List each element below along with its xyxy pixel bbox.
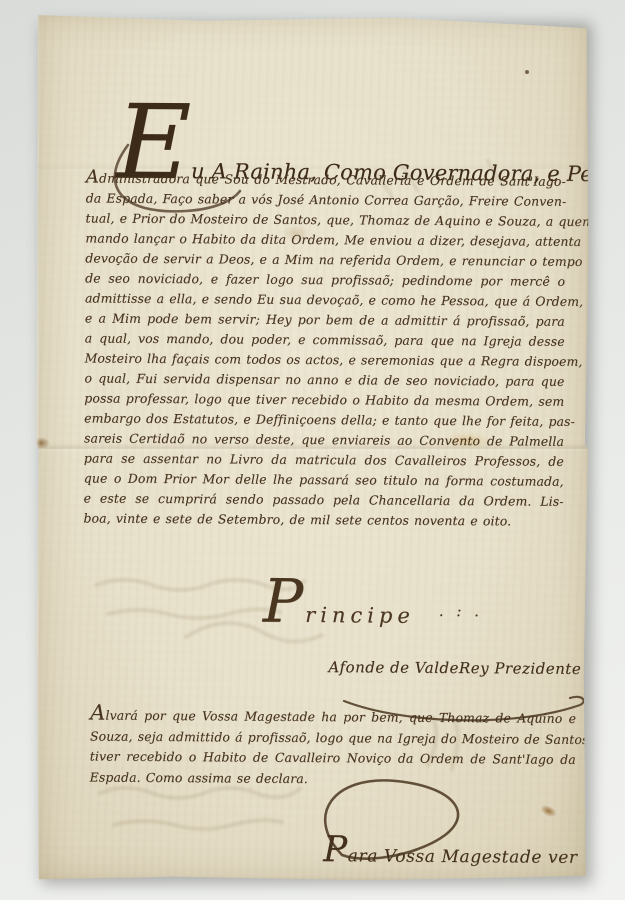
manuscript-line: tiver recebido o Habito de Cavalleiro No…: [90, 746, 576, 770]
paper-sheet: Eu A Rainha, Como Governadora, e Perpetu…: [36, 13, 589, 881]
photo-stage: Eu A Rainha, Como Governadora, e Perpetu…: [0, 0, 625, 900]
manuscript-line: Espada. Como assima se declara.: [90, 767, 576, 791]
signature-dots: . : .: [439, 602, 483, 620]
royal-signature: Principe: [263, 601, 415, 630]
docket-text: Alvará por que Vossa Magestade ha por be…: [90, 705, 577, 790]
manuscript-line: Alvará por que Vossa Magestade ha por be…: [90, 705, 576, 729]
manuscript-content: Eu A Rainha, Como Governadora, e Perpetu…: [33, 11, 592, 883]
official-signature: Afonde de ValdeRey Prezidente: [328, 658, 581, 678]
footer-phrase: Para Vossa Magestade ver: [323, 846, 578, 868]
manuscript-line: boa, vinte e sete de Setembro, de mil se…: [83, 508, 563, 531]
body-text: Administradora que Sou do Mestrado, Cava…: [83, 168, 566, 531]
